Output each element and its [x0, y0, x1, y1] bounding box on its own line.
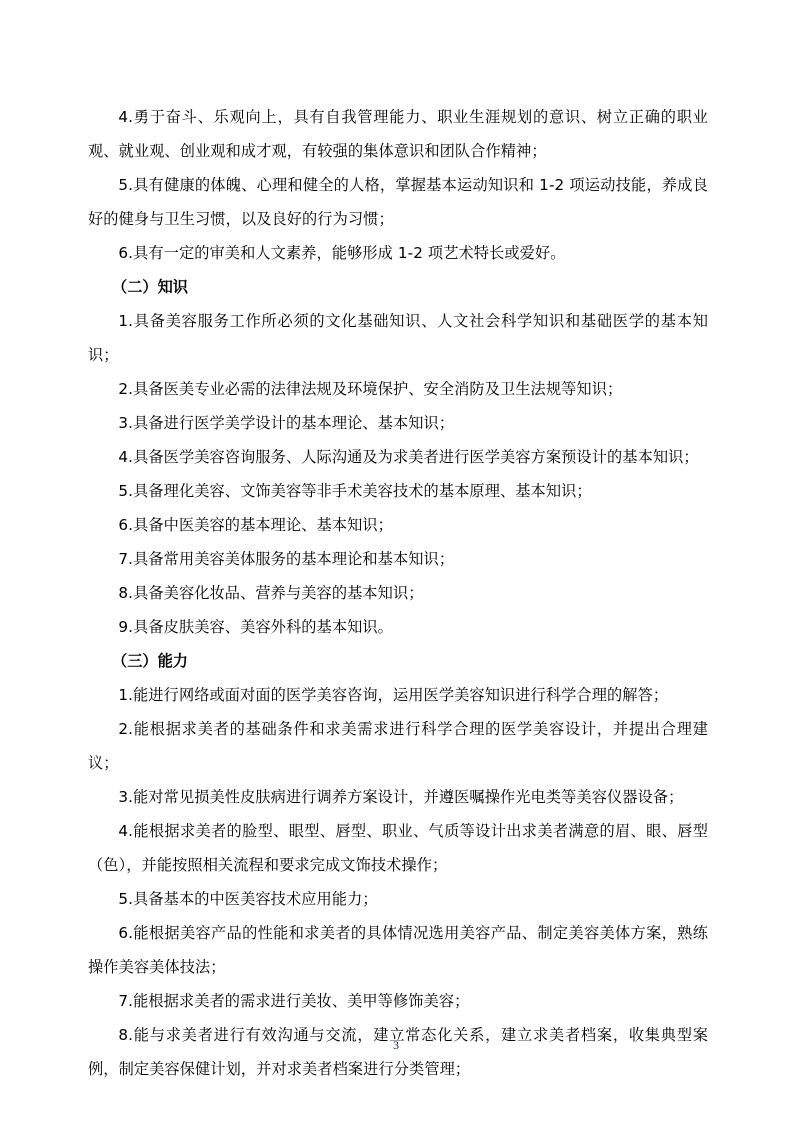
section-heading-abilities: （三）能力 [88, 644, 708, 678]
list-item: 1.能进行网络或面对面的医学美容咨询，运用医学美容知识进行科学合理的解答； [88, 678, 708, 712]
list-item: 7.能根据求美者的需求进行美妆、美甲等修饰美容； [88, 984, 708, 1018]
list-item: 2.能根据求美者的基础条件和求美需求进行科学合理的医学美容设计，并提出合理建议； [88, 712, 708, 780]
abilities-list: 1.能进行网络或面对面的医学美容咨询，运用医学美容知识进行科学合理的解答； 2.… [88, 678, 708, 1086]
list-item: 5.具备基本的中医美容技术应用能力； [88, 882, 708, 916]
list-item: 1.具备美容服务工作所必须的文化基础知识、人文社会科学知识和基础医学的基本知识； [88, 304, 708, 372]
list-item: 4.勇于奋斗、乐观向上，具有自我管理能力、职业生涯规划的意识、树立正确的职业观、… [88, 100, 708, 168]
list-item: 5.具备理化美容、文饰美容等非手术美容技术的基本原理、基本知识； [88, 474, 708, 508]
list-item: 2.具备医美专业必需的法律法规及环境保护、安全消防及卫生法规等知识； [88, 372, 708, 406]
list-item: 4.具备医学美容咨询服务、人际沟通及为求美者进行医学美容方案预设计的基本知识； [88, 440, 708, 474]
list-item: 6.具有一定的审美和人文素养，能够形成 1-2 项艺术特长或爱好。 [88, 236, 708, 270]
list-item: 6.能根据美容产品的性能和求美者的具体情况选用美容产品、制定美容美体方案，熟练操… [88, 916, 708, 984]
list-item: 6.具备中医美容的基本理论、基本知识； [88, 508, 708, 542]
list-item: 4.能根据求美者的脸型、眼型、唇型、职业、气质等设计出求美者满意的眉、眼、唇型（… [88, 814, 708, 882]
document-page: 4.勇于奋斗、乐观向上，具有自我管理能力、职业生涯规划的意识、树立正确的职业观、… [88, 100, 708, 1086]
list-item: 9.具备皮肤美容、美容外科的基本知识。 [88, 610, 708, 644]
knowledge-list: 1.具备美容服务工作所必须的文化基础知识、人文社会科学知识和基础医学的基本知识；… [88, 304, 708, 644]
section-heading-knowledge: （二）知识 [88, 270, 708, 304]
qualities-list: 4.勇于奋斗、乐观向上，具有自我管理能力、职业生涯规划的意识、树立正确的职业观、… [88, 100, 708, 270]
page-number: 3 [0, 1038, 792, 1053]
list-item: 3.能对常见损美性皮肤病进行调养方案设计，并遵医嘱操作光电类等美容仪器设备； [88, 780, 708, 814]
list-item: 3.具备进行医学美学设计的基本理论、基本知识； [88, 406, 708, 440]
list-item: 8.具备美容化妆品、营养与美容的基本知识； [88, 576, 708, 610]
list-item: 7.具备常用美容美体服务的基本理论和基本知识； [88, 542, 708, 576]
list-item: 5.具有健康的体魄、心理和健全的人格，掌握基本运动知识和 1-2 项运动技能，养… [88, 168, 708, 236]
